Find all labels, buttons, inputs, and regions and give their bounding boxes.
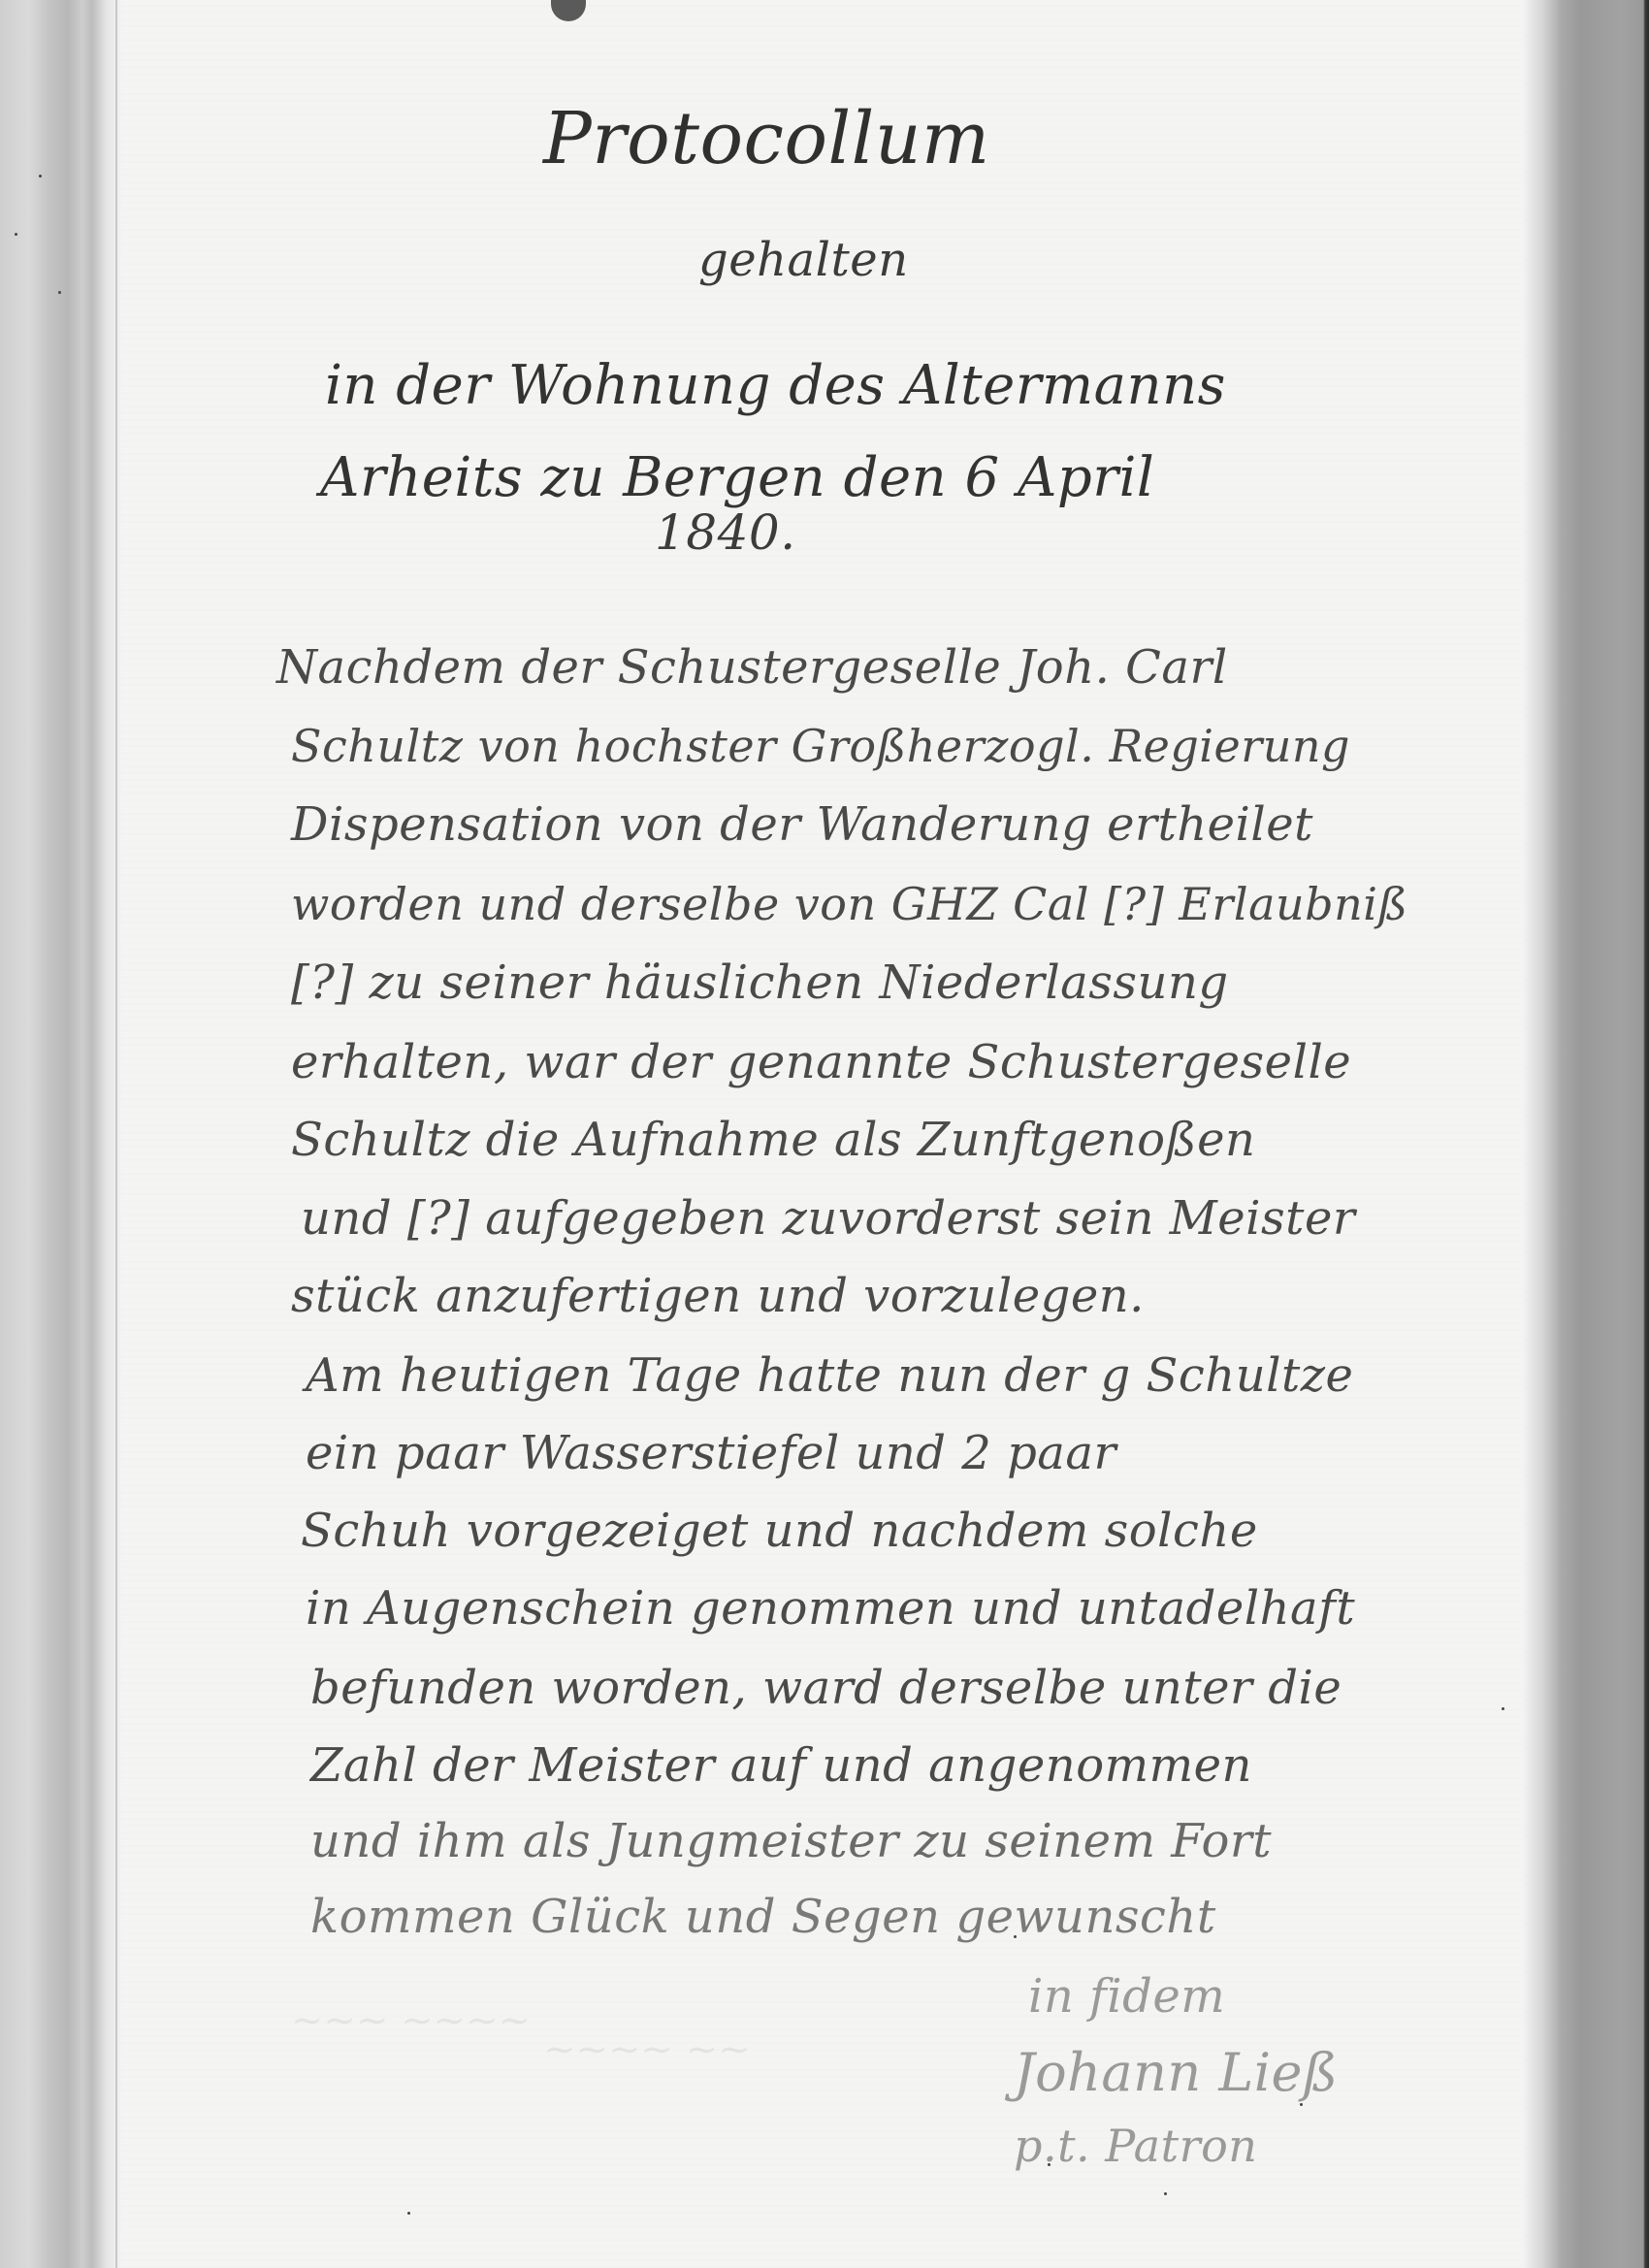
document-year: 1840. xyxy=(655,504,796,561)
heading-line-2: Arheits zu Bergen den 6 April xyxy=(320,446,1154,509)
body-line-1: Nachdem der Schustergeselle Joh. Carl xyxy=(276,640,1228,695)
bleed-through-text: ~~~ ~~~~ xyxy=(291,1998,531,2043)
body-line-4: worden und derselbe von GHZ Cal [?] Erla… xyxy=(291,878,1408,930)
body-line-14: befunden worden, ward derselbe unter die xyxy=(310,1661,1342,1715)
body-line-3: Dispensation von der Wanderung ertheilet xyxy=(291,797,1313,852)
body-line-8: und [?] aufgegeben zuvorderst sein Meist… xyxy=(301,1191,1355,1246)
body-line-13: in Augenschein genommen und untadelhaft xyxy=(306,1581,1355,1636)
body-line-9: stück anzufertigen und vorzulegen. xyxy=(291,1269,1145,1323)
title-text: Protocollum xyxy=(543,97,990,180)
body-line-17: kommen Glück und Segen gewunscht xyxy=(310,1890,1216,1944)
body-line-2: Schultz von hochster Großherzogl. Regier… xyxy=(291,720,1350,772)
document-title: Protocollum xyxy=(543,97,990,180)
body-line-16: und ihm als Jungmeister zu seinem Fort xyxy=(310,1814,1272,1868)
heading-line-1: in der Wohnung des Altermanns xyxy=(325,354,1226,417)
document-scan: Protocollum gehalten in der Wohnung des … xyxy=(0,0,1649,2268)
body-line-10: Am heutigen Tage hatte nun der g Schultz… xyxy=(306,1348,1353,1403)
body-line-6: erhalten, war der genannte Schustergesel… xyxy=(291,1035,1351,1089)
body-line-5: [?] zu seiner häuslichen Niederlassung xyxy=(291,956,1229,1010)
signature-name: Johann Ließ xyxy=(1014,2042,1339,2103)
binding-gutter xyxy=(0,0,121,2268)
body-line-7: Schultz die Aufnahme als Zunftgenoßen xyxy=(291,1113,1255,1167)
gutter-fold-line xyxy=(115,0,117,2268)
body-line-15: Zahl der Meister auf und angenommen xyxy=(310,1738,1252,1793)
signature-in-fidem: in fidem xyxy=(1028,1969,1225,2024)
document-subtitle: gehalten xyxy=(698,233,909,287)
page-edge-shadow xyxy=(1523,0,1649,2268)
body-line-12: Schuh vorgezeiget und nachdem solche xyxy=(301,1504,1258,1558)
body-line-11: ein paar Wasserstiefel und 2 paar xyxy=(306,1426,1116,1480)
bleed-through-text: ~~~~ ~~ xyxy=(543,2027,751,2072)
